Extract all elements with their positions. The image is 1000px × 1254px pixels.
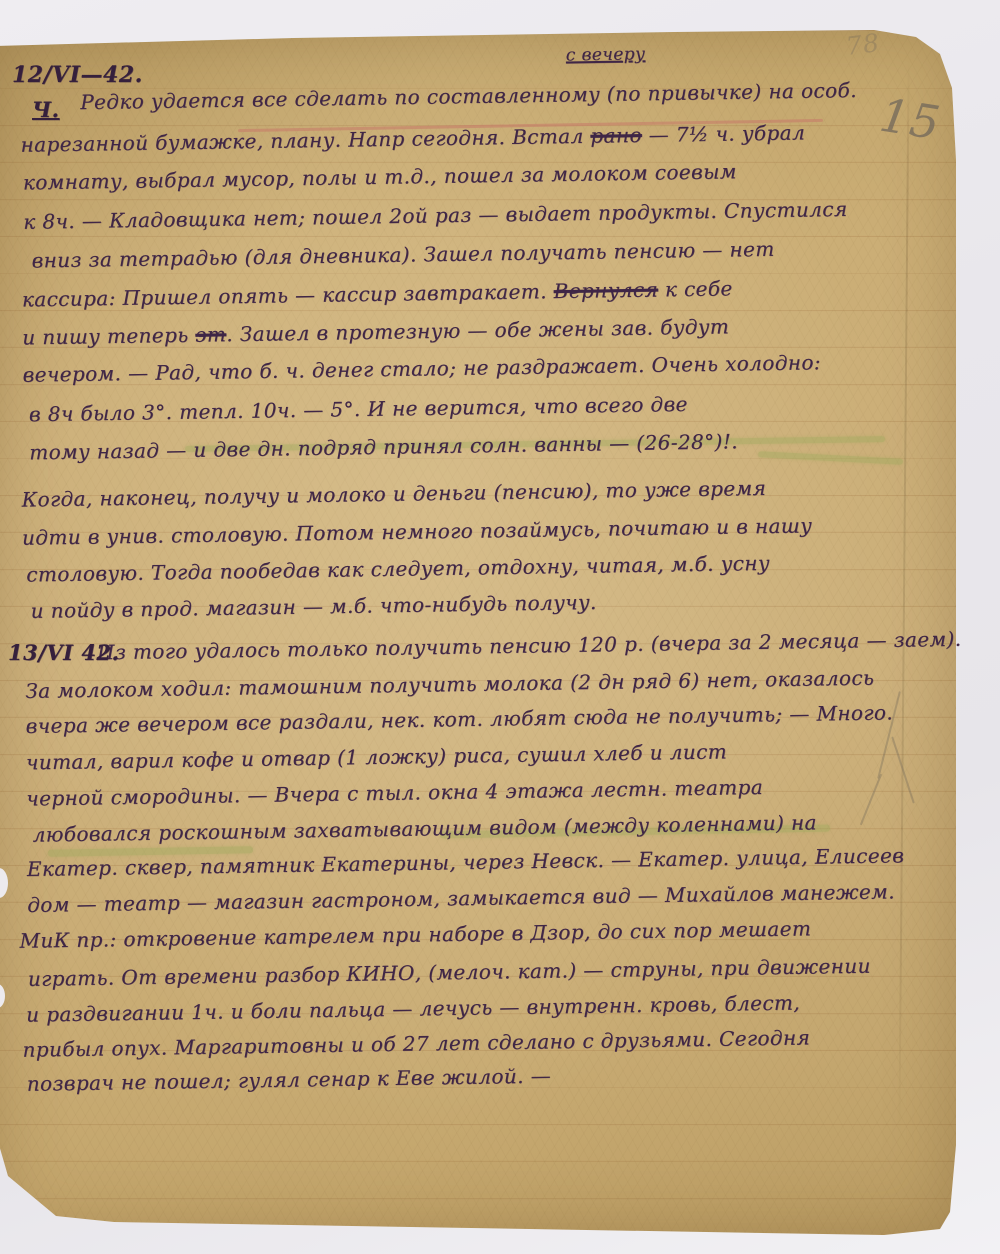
paper-sheet (0, 30, 956, 1235)
pencil-page-number: 15 (876, 88, 944, 151)
paper-vignette (0, 30, 956, 1235)
pencil-corner-mark: 78 (844, 28, 881, 61)
scanned-diary-page: с вечеруРедко удается все сделать по сос… (0, 0, 1000, 1254)
